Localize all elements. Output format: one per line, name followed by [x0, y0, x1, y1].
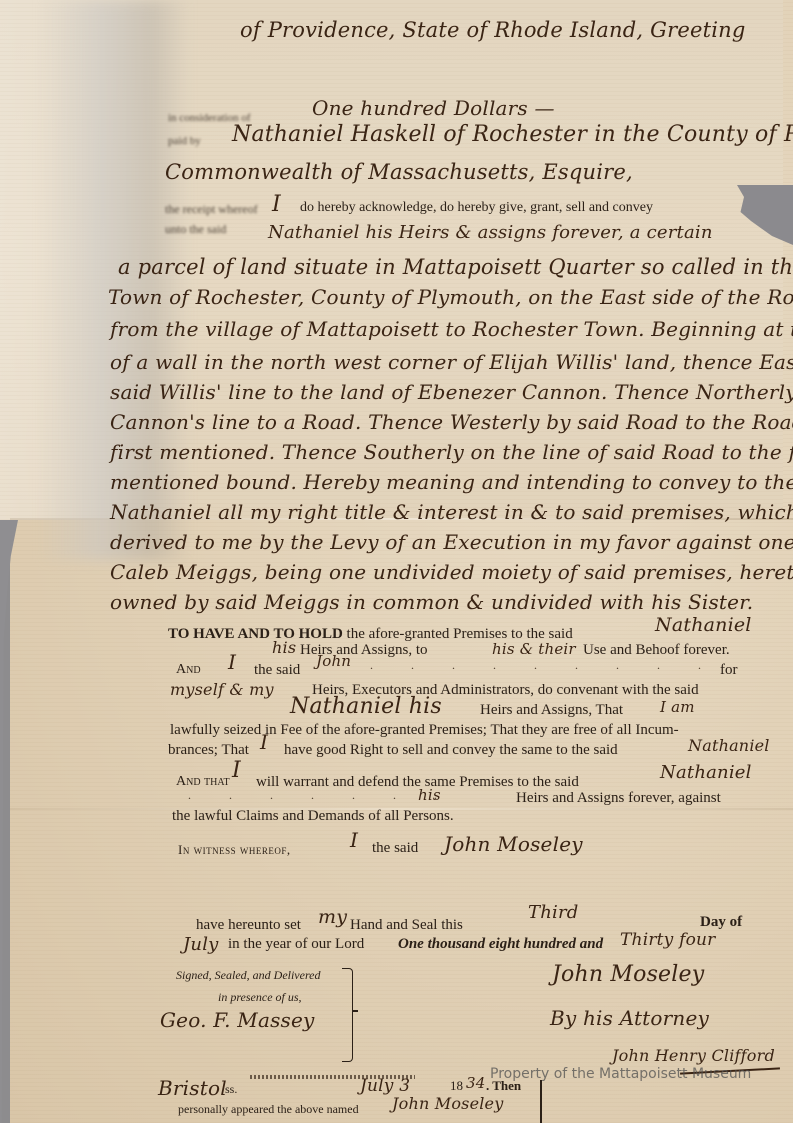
covenant-right: have good Right to sell and convey the s…	[284, 742, 618, 759]
testimonium-year-hand: Thirty four	[620, 930, 716, 950]
ack-appeared-name: John Moseley	[392, 1094, 503, 1113]
covenant-i-am: I am	[660, 698, 695, 716]
museum-watermark: Property of the Mattapoisett Museum	[490, 1066, 751, 1082]
ack-year-prefix: 18	[450, 1078, 463, 1094]
description-line: derived to me by the Levy of an Executio…	[110, 530, 793, 554]
description-line: mentioned bound. Hereby meaning and inte…	[110, 470, 793, 494]
warranty-claims: the lawful Claims and Demands of all Per…	[172, 808, 454, 825]
testimonium-the-said: the said	[372, 840, 418, 857]
description-line: Town of Rochester, County of Plymouth, o…	[108, 285, 793, 309]
testimonium-year-printed: One thousand eight hundred and	[398, 936, 603, 953]
testimonium-day: Third	[528, 902, 578, 923]
ack-divider	[540, 1080, 542, 1123]
testimonium-year-label: in the year of our Lord	[228, 936, 364, 953]
ack-county: Bristol	[158, 1076, 227, 1100]
habendum-grantee: Nathaniel	[655, 614, 752, 636]
habendum-use-behoof: Use and Behoof forever.	[583, 642, 730, 659]
paid-by-label: paid by	[168, 135, 201, 147]
testimonium-label: In witness whereof,	[178, 842, 291, 858]
covenant-the-said: the said	[254, 662, 300, 679]
witness-signature: Geo. F. Massey	[160, 1008, 315, 1032]
attorney-label: By his Attorney	[550, 1006, 709, 1030]
grantor-signature: John Moseley	[552, 962, 704, 987]
covenant-for: for	[720, 662, 738, 679]
covenant-grantee: Nathaniel his	[290, 694, 442, 719]
covenant-brances: brances; That	[168, 742, 249, 759]
description-line: owned by said Meiggs in common & undivid…	[110, 590, 753, 614]
habendum-use-owner: his & their	[492, 640, 576, 658]
attorney-signature: John Henry Clifford	[612, 1046, 775, 1065]
grant-clause: do hereby acknowledge, do hereby give, g…	[300, 200, 653, 216]
covenant-grantee-2: Nathaniel	[688, 736, 770, 755]
testimonium-hand-set: have hereunto set	[196, 917, 301, 934]
testimonium-grantor: John Moseley	[444, 832, 583, 856]
unto-clause: Nathaniel his Heirs & assigns forever, a…	[268, 222, 713, 243]
witness-brace-tip	[352, 1010, 358, 1012]
ack-appeared: personally appeared the above named	[178, 1102, 359, 1117]
witness-label: Signed, Sealed, and Delivered	[176, 968, 321, 983]
covenant-seized: lawfully seized in Fee of the afore-gran…	[170, 722, 679, 739]
covenant-pronoun-2: I	[260, 730, 268, 754]
testimonium-month: July	[183, 934, 219, 955]
grantee-commonwealth: Commonwealth of Massachusetts, Esquire,	[165, 160, 633, 184]
description-line: Nathaniel all my right title & interest …	[110, 500, 793, 524]
ack-year: 34	[466, 1074, 486, 1092]
covenant-myself: myself & my	[170, 680, 274, 699]
description-line: from the village of Mattapoisett to Roch…	[110, 317, 793, 341]
description-line: first mentioned. Thence Southerly on the…	[110, 440, 793, 464]
habendum-his: his	[272, 638, 296, 657]
fill-dots: .........	[370, 658, 739, 673]
covenant-and: And	[176, 662, 201, 678]
covenant-grantor: John	[316, 652, 351, 670]
grantee-name: Nathaniel Haskell of Rochester in the Co…	[232, 122, 793, 147]
description-line: of a wall in the north west corner of El…	[110, 350, 793, 374]
habendum-heading: TO HAVE AND TO HOLD	[168, 626, 343, 642]
testimonium-hand-seal: Hand and Seal this	[350, 917, 463, 934]
testimonium-pronoun: I	[350, 828, 358, 852]
warranty-pronoun: I	[232, 758, 241, 783]
receipt-pronoun: I	[272, 192, 281, 217]
ack-date: July 3	[360, 1076, 410, 1096]
unto-label: unto the said	[165, 222, 226, 237]
testimonium-day-of: Day of	[700, 914, 742, 931]
testimonium-my: my	[318, 906, 347, 928]
description-line: Cannon's line to a Road. Thence Westerly…	[110, 410, 793, 434]
warranty-his: his	[418, 786, 441, 804]
consideration-amount: One hundred Dollars —	[312, 96, 555, 120]
description-line: a parcel of land situate in Mattapoisett…	[118, 255, 793, 279]
covenant-pronoun: I	[228, 650, 236, 674]
warranty-heirs: Heirs and Assigns forever, against	[516, 790, 721, 807]
witness-label-2: in presence of us,	[218, 990, 302, 1005]
ack-ss: ss.	[225, 1082, 237, 1097]
description-line: said Willis' line to the land of Ebeneze…	[110, 380, 793, 404]
description-line: Caleb Meiggs, being one undivided moiety…	[110, 560, 793, 584]
witness-brace	[342, 968, 353, 1062]
header-location: of Providence, State of Rhode Island, Gr…	[240, 18, 746, 42]
covenant-heirs: Heirs and Assigns, That	[480, 702, 623, 719]
receipt-label: the receipt whereof	[165, 202, 258, 217]
warranty-grantee: Nathaniel	[660, 762, 752, 783]
